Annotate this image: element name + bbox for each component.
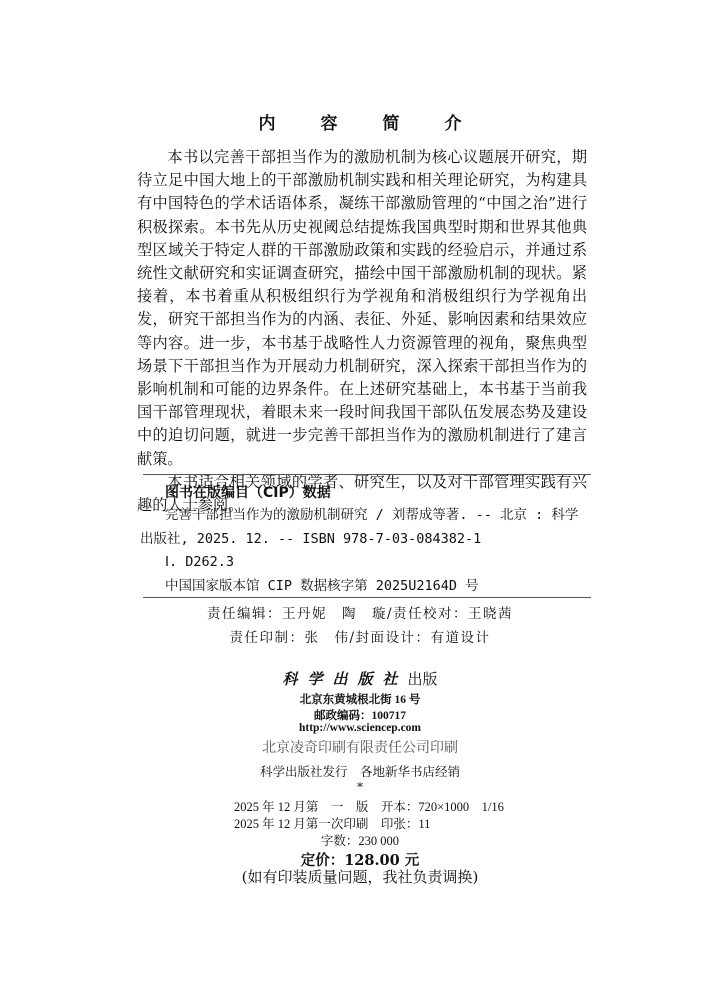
separator-asterisk: * xyxy=(0,780,720,794)
staff-production: 责任印制：张 伟/封面设计：有道设计 xyxy=(0,626,720,646)
page-title: 内 容 简 介 xyxy=(0,109,720,134)
summary-text: 本书以完善干部担当作为的激励机制为核心议题展开研究，期待立足中国大地上的干部激励… xyxy=(137,146,587,517)
publisher-suffix: 出版 xyxy=(408,670,438,688)
cip-block: 完善干部担当作为的激励机制研究 / 刘帮成等著. -- 北京 : 科学 出版社,… xyxy=(140,504,590,598)
summary-paragraph: 本书以完善干部担当作为的激励机制为核心议题展开研究，期待立足中国大地上的干部激励… xyxy=(137,146,587,471)
cip-line-class: Ⅰ. D262.3 xyxy=(140,551,590,575)
edition-info: 2025 年 12 月第 一 版 开本：720×1000 1/16 xyxy=(234,797,504,815)
publisher-website: http://www.sciencep.com xyxy=(0,722,720,734)
printer-name: 北京凌奇印刷有限责任公司印刷 xyxy=(0,737,720,757)
cip-heading: 图书在版编目（CIP）数据 xyxy=(165,482,331,502)
cip-line-record: 中国国家版本馆 CIP 数据核字第 2025U2164D 号 xyxy=(140,575,590,599)
cip-line-title: 完善干部担当作为的激励机制研究 / 刘帮成等著. -- 北京 : 科学 xyxy=(140,504,590,528)
word-count: 字数：230 000 xyxy=(0,831,720,849)
distribution-info: 科学出版社发行 各地新华书店经销 xyxy=(0,762,720,780)
cip-line-isbn: 出版社, 2025. 12. -- ISBN 978-7-03-084382-1 xyxy=(140,528,590,552)
staff-editors: 责任编辑：王丹妮 陶 璇/责任校对：王晓茜 xyxy=(0,602,720,622)
cip-bottom-divider xyxy=(143,597,591,598)
printing-info: 2025 年 12 月第一次印刷 印张：11 xyxy=(234,814,430,832)
publisher-name: 科学出版社出版 xyxy=(0,668,720,689)
publisher-brand: 科学出版社 xyxy=(282,670,407,688)
cip-top-divider xyxy=(143,474,591,475)
quality-notice: (如有印装质量问题，我社负责调换) xyxy=(0,866,720,887)
publisher-postcode: 邮政编码：100717 xyxy=(0,707,720,723)
publisher-address: 北京东黄城根北街 16 号 xyxy=(0,691,720,707)
